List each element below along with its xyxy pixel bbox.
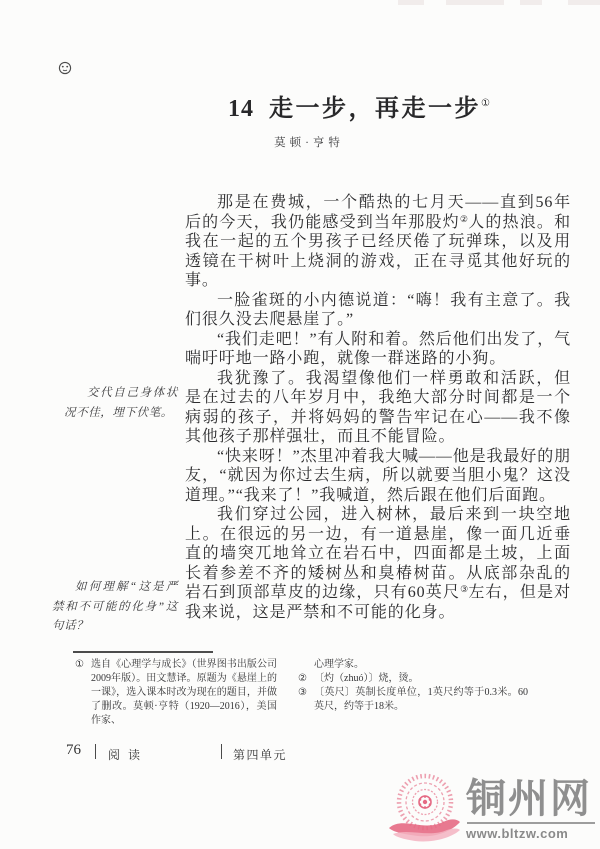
paragraph: 我们穿过公园，进入树林，最后来到一块空地上。在很远的另一边，有一道悬崖，像一面几… — [185, 505, 571, 622]
footnotes-left-column: ① 选自《心理学与成长》（世界图书出版公司2009年版）。田文慧译。原题为《悬崖… — [75, 658, 277, 728]
paragraph: 那是在费城，一个酷热的七月天——直到56年后的今天，我仍能感受到当年那股灼②人的… — [185, 193, 571, 291]
footer-divider — [221, 744, 222, 759]
footnotes-right-column: 心理学家。 ② 〔灼（zhuó）〕烧，烫。 ③ 〔英尺〕英制长度单位，1英尺约等… — [298, 658, 528, 728]
footnote-marker — [298, 658, 314, 672]
footer-unit-label: 第四单元 — [233, 746, 287, 763]
footnotes: ① 选自《心理学与成长》（世界图书出版公司2009年版）。田文慧译。原题为《悬崖… — [75, 658, 567, 728]
paragraph: “快来呀！”杰里冲着我大喊——他是我最好的朋友，“就因为你过去生病，所以就要当胆… — [185, 447, 571, 506]
margin-note: 如何理解“这是严禁和不可能的化身”这句话？ — [52, 578, 178, 637]
footnote-continuation: 心理学家。 — [298, 658, 528, 672]
lesson-title-text: 走一步，再走一步 — [269, 96, 481, 122]
footer-divider — [95, 744, 96, 759]
watermark: 铜州网 www.bltzw.com — [385, 768, 597, 846]
watermark-site-name: 铜州网 — [466, 778, 595, 820]
footnote-text: 选自《心理学与成长》（世界图书出版公司2009年版）。田文慧译。原题为《悬崖上的… — [91, 658, 277, 728]
lesson-title: 14走一步，再走一步① — [185, 88, 533, 123]
title-note-ref: ① — [481, 98, 490, 109]
smiley-stamp-icon — [58, 61, 72, 75]
footnote-text: 〔灼（zhuó）〕烧，烫。 — [314, 672, 528, 686]
paragraph-text: “快来呀！”杰里冲着我大喊——他是我最好的朋友，“就因为你过去生病，所以就要当胆… — [185, 448, 571, 504]
footnote-text: 心理学家。 — [314, 658, 528, 672]
footnote-marker: ② — [298, 672, 314, 686]
watermark-rule — [467, 822, 595, 824]
footnote: ② 〔灼（zhuó）〕烧，烫。 — [298, 672, 528, 686]
lesson-number: 14 — [228, 96, 254, 122]
footnote-marker: ③ — [298, 686, 314, 714]
watermark-logo-icon — [385, 768, 463, 846]
paragraph-text: 一脸雀斑的小内德说道：“嗨！我有主意了。我们很久没去爬悬崖了。” — [185, 292, 571, 329]
title-block: 14走一步，再走一步① — [185, 88, 571, 123]
lesson-body: 那是在费城，一个酷热的七月天——直到56年后的今天，我仍能感受到当年那股灼②人的… — [185, 193, 571, 622]
scan-edge-artifact — [568, 0, 600, 5]
note-ref: ② — [460, 214, 468, 224]
page-number: 76 — [66, 742, 81, 759]
paragraph: “我们走吧！”有人附和着。然后他们出发了，气喘吁吁地一路小跑，就像一群迷路的小狗… — [185, 330, 571, 369]
margin-note: 交代自己身体状况不佳，埋下伏笔。 — [64, 384, 178, 423]
paragraph-text: “我们走吧！”有人附和着。然后他们出发了，气喘吁吁地一路小跑，就像一群迷路的小狗… — [185, 331, 571, 368]
footnote: ① 选自《心理学与成长》（世界图书出版公司2009年版）。田文慧译。原题为《悬崖… — [75, 658, 277, 728]
scan-edge-artifact — [446, 0, 504, 5]
footnote-text: 〔英尺〕英制长度单位，1英尺约等于0.3米。60英尺，约等于18米。 — [314, 686, 528, 714]
paragraph: 我犹豫了。我渴望像他们一样勇敢和活跃，但是在过去的八年岁月中，我绝大部分时间都是… — [185, 369, 571, 447]
author-line: 莫顿·亨特 — [185, 133, 571, 151]
scan-edge-artifact — [520, 0, 542, 5]
footnote-marker: ① — [75, 658, 91, 728]
watermark-text: 铜州网 www.bltzw.com — [466, 778, 595, 841]
paragraph: 一脸雀斑的小内德说道：“嗨！我有主意了。我们很久没去爬悬崖了。” — [185, 291, 571, 330]
footer-section-label: 阅读 — [108, 746, 148, 763]
paragraph-text: 我犹豫了。我渴望像他们一样勇敢和活跃，但是在过去的八年岁月中，我绝大部分时间都是… — [185, 370, 571, 446]
textbook-page: 14走一步，再走一步① 莫顿·亨特 那是在费城，一个酷热的七月天——直到56年后… — [0, 0, 600, 849]
author-name: 莫顿·亨特 — [274, 137, 344, 149]
scan-edge-artifact — [398, 0, 424, 5]
footnote-divider — [73, 651, 213, 653]
watermark-site-url: www.bltzw.com — [466, 826, 595, 841]
footnote: ③ 〔英尺〕英制长度单位，1英尺约等于0.3米。60英尺，约等于18米。 — [298, 686, 528, 714]
